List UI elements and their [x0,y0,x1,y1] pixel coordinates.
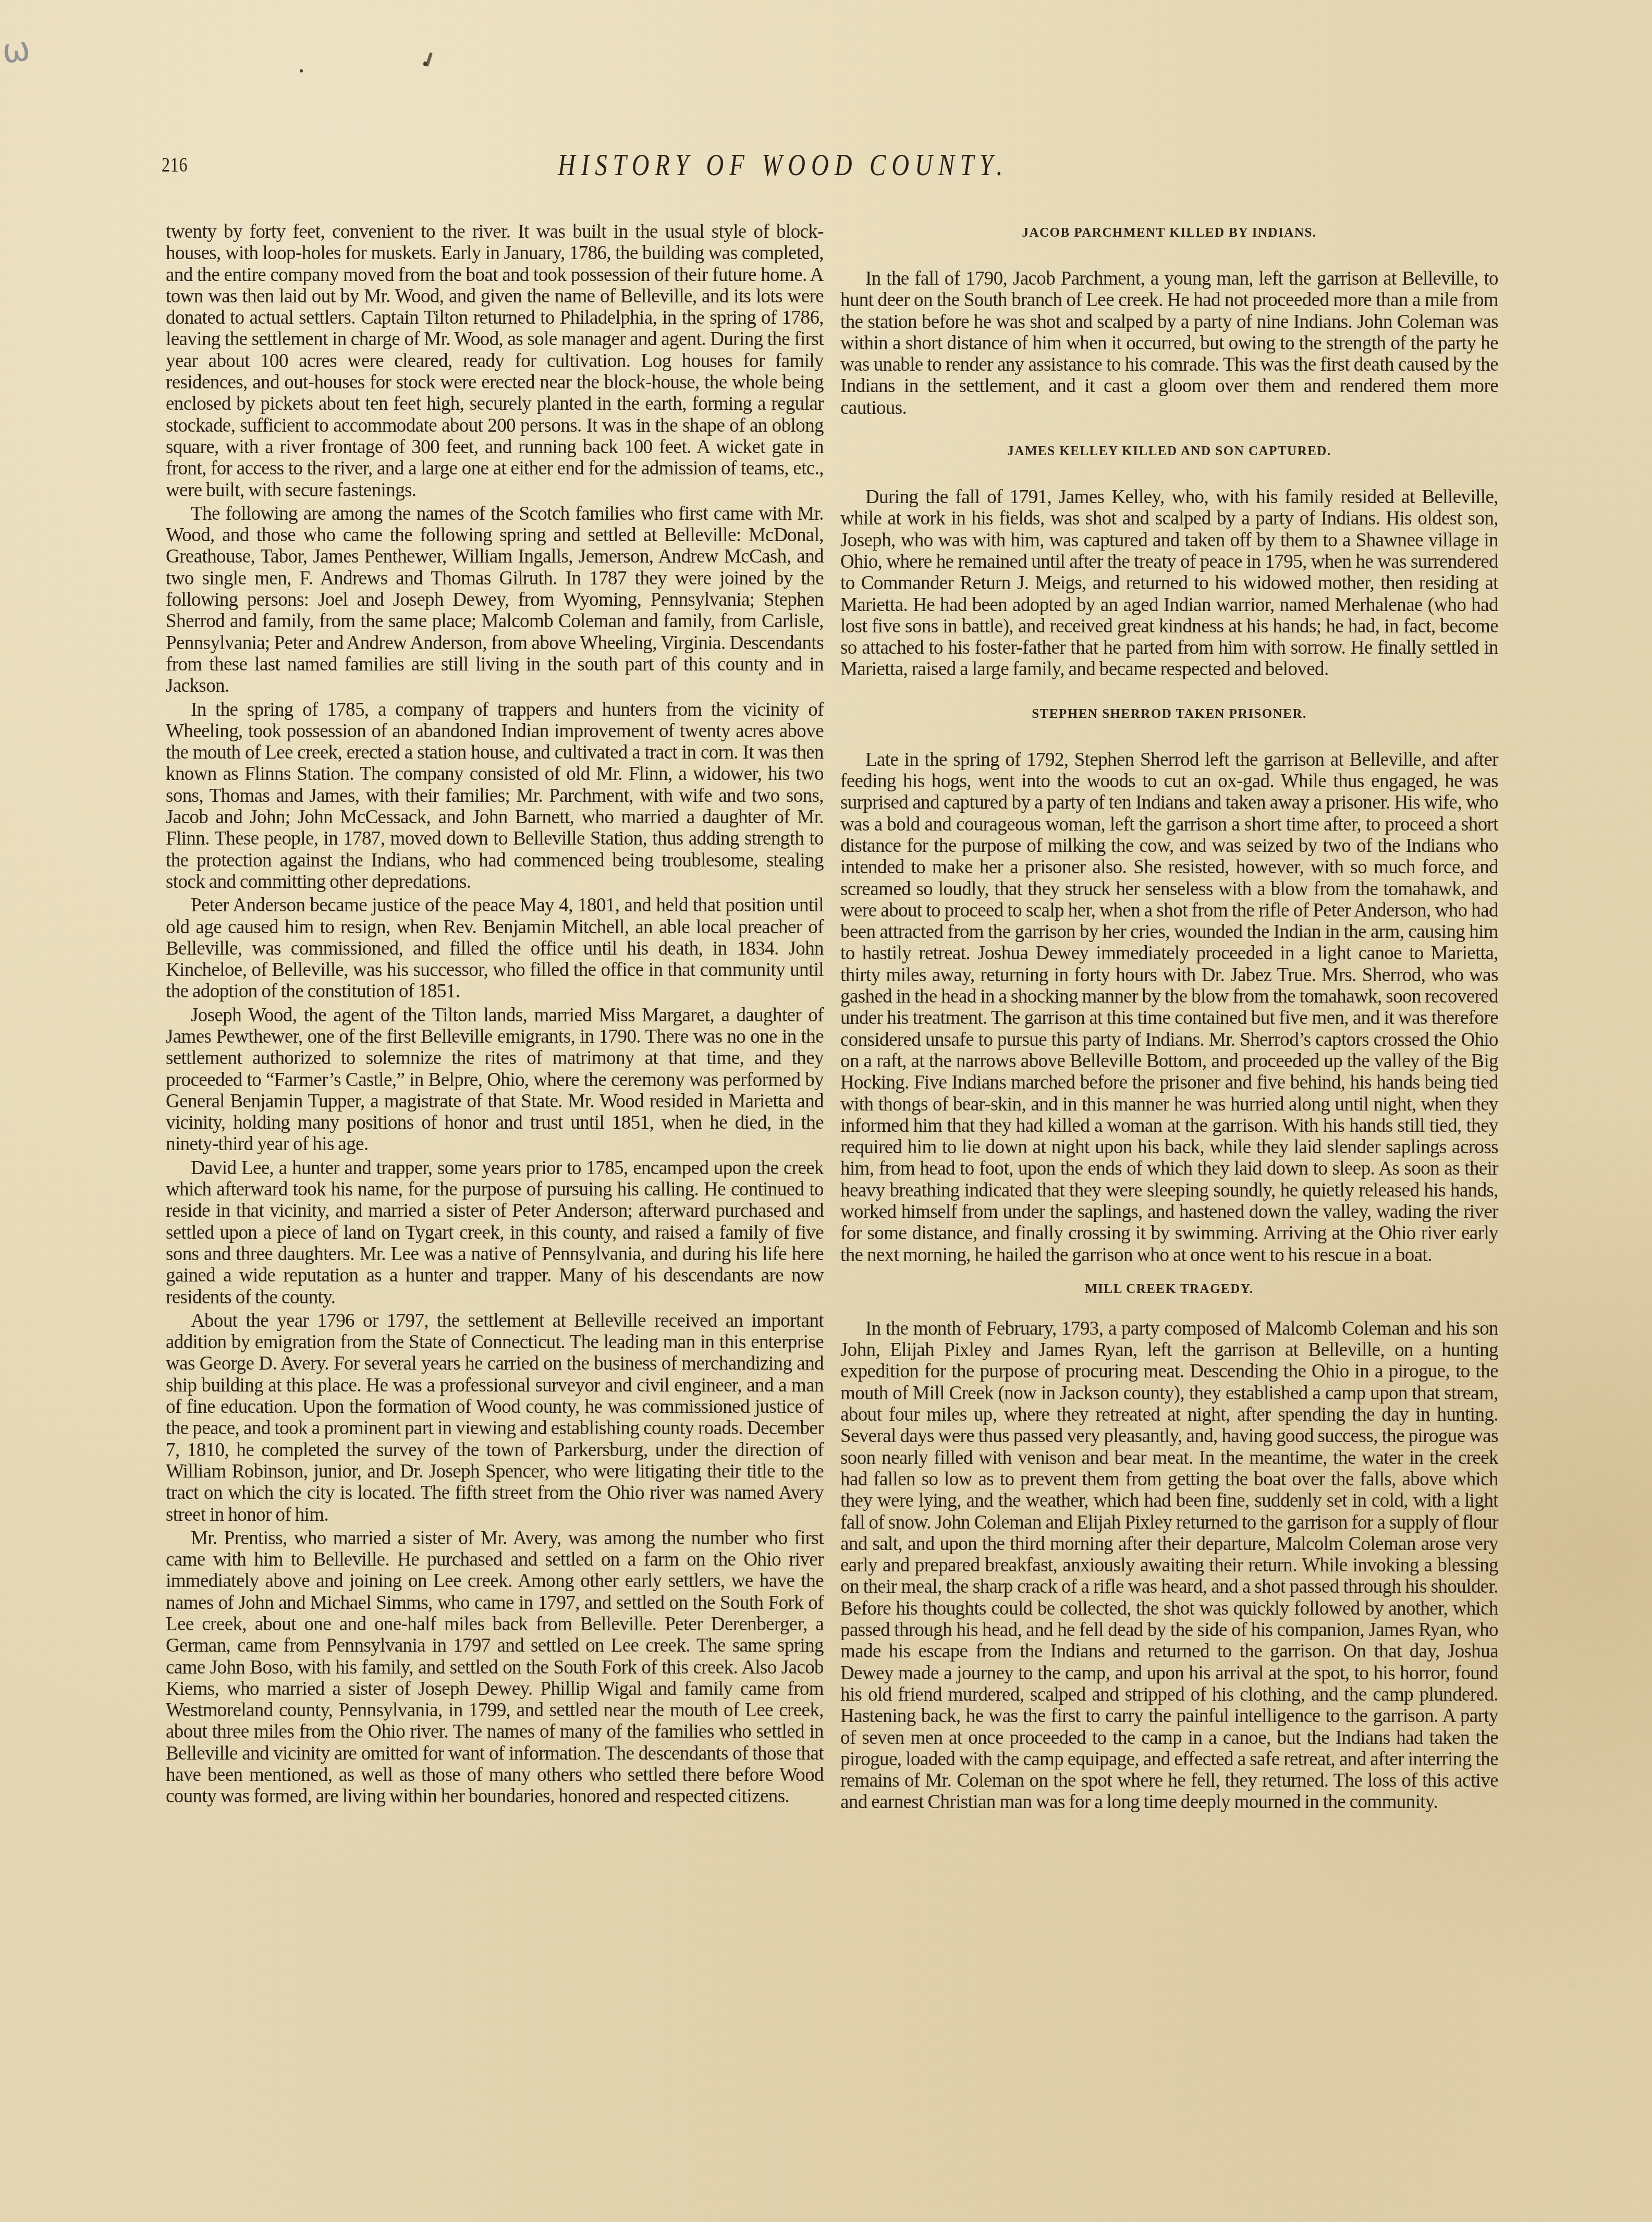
left-column: twenty by forty feet, convenient to the … [166,221,824,1808]
right-column: JACOB PARCHMENT KILLED BY INDIANS. In th… [840,221,1498,1813]
section-heading-mill-creek: MILL CREEK TRAGEDY. [840,1281,1498,1297]
running-title: HISTORY OF WOOD COUNTY. [558,147,1008,183]
ink-speck [425,52,433,67]
paragraph: In the spring of 1785, a company of trap… [166,699,824,893]
paragraph: Peter Anderson became justice of the pea… [166,895,824,1002]
paragraph: Joseph Wood, the agent of the Tilton lan… [166,1005,824,1155]
page-number: 216 [162,152,188,177]
paragraph: Late in the spring of 1792, Stephen Sher… [840,749,1498,1266]
paragraph: In the month of February, 1793, a party … [840,1318,1498,1813]
pencil-margin-mark: ω [0,30,32,72]
paragraph: Mr. Prentiss, who married a sister of Mr… [166,1528,824,1808]
paragraph: In the fall of 1790, Jacob Parchment, a … [840,268,1498,419]
paragraph: twenty by forty feet, convenient to the … [166,221,824,501]
paragraph: The following are among the names of the… [166,503,824,697]
running-header: 216 HISTORY OF WOOD COUNTY. [162,147,1496,184]
paragraph: David Lee, a hunter and trapper, some ye… [166,1157,824,1308]
paragraph: During the fall of 1791, James Kelley, w… [840,486,1498,680]
paragraph: About the year 1796 or 1797, the settlem… [166,1310,824,1525]
section-heading-jacob-parchment: JACOB PARCHMENT KILLED BY INDIANS. [840,225,1498,241]
book-page: ω 216 HISTORY OF WOOD COUNTY. twenty by … [0,0,1652,2222]
section-heading-stephen-sherrod: STEPHEN SHERROD TAKEN PRISONER. [840,706,1498,722]
section-heading-james-kelley: JAMES KELLEY KILLED AND SON CAPTURED. [840,444,1498,459]
ink-speck [300,69,303,72]
